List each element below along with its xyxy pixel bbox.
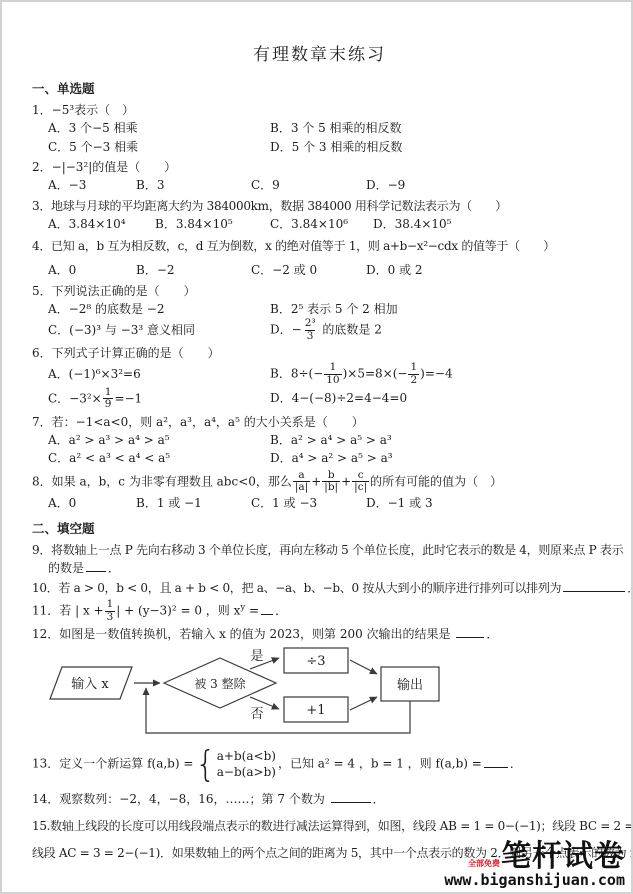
piecewise-function: {a+b(a<b)a−b(a>b) — [195, 748, 276, 780]
options-row: C．a² < a³ < a⁴ < a⁵ D．a⁴ > a² > a⁵ > a³ — [32, 449, 607, 468]
option-b: B．8÷(−110)×5=8×(−12)=−4 — [270, 362, 453, 386]
question-stem: 7．若：−1<a<0，则 a²，a³，a⁴，a⁵ 的大小关系是（ ） — [32, 413, 607, 431]
option-b-text: B．8÷(− — [270, 367, 323, 381]
option-c: C．3.84×10⁶ — [270, 215, 373, 234]
stem-text: 的所有可能的值为（ ） — [370, 474, 502, 488]
question-3: 3．地球与月球的平均距离大约为 384000km，数据 384000 用科学记数… — [32, 197, 607, 234]
options-row: A．a² > a³ > a⁴ > a⁵ B．a² > a⁴ > a⁵ > a³ — [32, 431, 607, 450]
answer-blank — [331, 791, 371, 803]
question-4: 4．已知 a，b 互为相反数，c，d 互为倒数，x 的绝对值等于 1，则 a+b… — [32, 237, 607, 280]
options-row: A．−3 B．3 C．9 D．−9 — [32, 176, 607, 195]
option-d: D．0 或 2 — [366, 261, 423, 280]
plus-sign: + — [341, 474, 351, 488]
question-10: 10．若 a > 0，b < 0，且 a + b < 0，把 a、−a、b、−b… — [32, 579, 607, 597]
line-text: 的数是 — [48, 561, 84, 575]
section-heading-fill-blank: 二、填空题 — [32, 519, 607, 537]
option-d-text: D．− — [270, 323, 302, 337]
fraction: 2³3 — [303, 318, 318, 342]
case-rows: a+b(a<b)a−b(a>b) — [217, 748, 276, 780]
options-row: A．3.84×10⁴ B．3.84×10⁵ C．3.84×10⁶ D．38.4×… — [32, 215, 607, 234]
line-text: ，已知 a² = 4 ，b = 1 ，则 f(a,b) = — [278, 757, 482, 771]
option-c: C．(−3)³ 与 −3³ 意义相同 — [48, 321, 270, 340]
fraction-denominator: 9 — [103, 398, 114, 411]
options-row: A．3 个−5 相乘 B．3 个 5 相乘的相反数 — [32, 119, 607, 138]
question-line: 10．若 a > 0，b < 0，且 a + b < 0，把 a、−a、b、−b… — [32, 579, 607, 597]
answer-blank — [456, 626, 484, 638]
question-stem: 1．−5³表示（ ） — [32, 101, 607, 119]
fraction: a|a| — [293, 470, 310, 494]
option-d: D．−1 或 3 — [366, 494, 433, 513]
option-c: C．5 个−3 相乘 — [48, 138, 270, 157]
output-label: 输出 — [397, 677, 423, 693]
options-row: A．(−1)⁶×3²=6 B．8÷(−110)×5=8×(−12)=−4 — [32, 362, 607, 386]
option-a: A．3 个−5 相乘 — [48, 119, 270, 138]
option-c: C．9 — [251, 176, 366, 195]
fraction: 13 — [105, 599, 116, 623]
question-line: 9．将数轴上一点 P 先向右移动 3 个单位长度，再向左移动 5 个单位长度，此… — [32, 541, 607, 559]
question-5: 5．下列说法正确的是（ ） A．−2⁸ 的底数是 −2 B．2⁵ 表示 5 个 … — [32, 282, 607, 343]
line-text: ． — [510, 757, 522, 771]
answer-blank — [261, 603, 273, 615]
fraction-denominator: 3 — [105, 611, 116, 624]
option-a: A．−3 — [48, 176, 136, 195]
fraction-denominator: 3 — [305, 330, 316, 343]
option-c-text: =−1 — [114, 391, 142, 405]
line-text: 14．观察数列：−2，4，−8，16，……；第 7 个数为 — [32, 792, 325, 806]
option-a: A．−2⁸ 的底数是 −2 — [48, 300, 270, 319]
option-b-text: )×5=8×(− — [343, 367, 408, 381]
question-stem: 4．已知 a，b 互为相反数，c，d 互为倒数，x 的绝对值等于 1，则 a+b… — [32, 237, 607, 255]
option-a: A．3.84×10⁴ — [48, 215, 155, 234]
input-label: 输入 x — [71, 676, 109, 692]
fraction: 110 — [324, 362, 341, 386]
answer-blank — [484, 756, 508, 768]
question-line: 12．如图是一数值转换机，若输入 x 的值为 2023，则第 200 次输出的结… — [32, 625, 607, 643]
footer-logo: 全部免费 笔杆试卷 www.biganshijuan.com — [444, 842, 625, 888]
fraction-denominator: 2 — [408, 374, 419, 387]
question-stem: 2．−|−3²|的值是（ ） — [32, 158, 607, 176]
question-7: 7．若：−1<a<0，则 a²，a³，a⁴，a⁵ 的大小关系是（ ） A．a² … — [32, 413, 607, 468]
fraction-numerator: c — [356, 470, 366, 482]
fraction-numerator: 1 — [328, 362, 339, 374]
question-9: 9．将数轴上一点 P 先向右移动 3 个单位长度，再向左移动 5 个单位长度，此… — [32, 541, 607, 577]
arrow-plus-to-output — [350, 697, 377, 710]
option-a: A．0 — [48, 494, 136, 513]
option-c: C．1 或 −3 — [251, 494, 366, 513]
line-text: 11．若 | x + — [32, 604, 104, 618]
case-2: a−b(a>b) — [217, 764, 276, 780]
question-stem: 5．下列说法正确的是（ ） — [32, 282, 607, 300]
question-stem: 6．下列式子计算正确的是（ ） — [32, 344, 607, 362]
question-stem: 3．地球与月球的平均距离大约为 384000km，数据 384000 用科学记数… — [32, 197, 607, 215]
worksheet-content: 有理数章末练习 一、单选题 1．−5³表示（ ） A．3 个−5 相乘 B．3 … — [2, 2, 631, 862]
stem-text: 8．如果 a，b，c 为非零有理数且 abc<0，那么 — [32, 474, 292, 488]
fraction-numerator: 1 — [408, 362, 419, 374]
option-d: D．−2³3 的底数是 2 — [270, 318, 382, 342]
question-stem: 8．如果 a，b，c 为非零有理数且 abc<0，那么a|a|+b|b|+c|c… — [32, 470, 607, 494]
line-text: 12．如图是一数值转换机，若输入 x 的值为 2023，则第 200 次输出的结… — [32, 627, 451, 641]
option-b-text: )=−4 — [420, 367, 452, 381]
question-line: 11．若 | x +13| + (y−3)² = 0 ，则 xy =． — [32, 599, 607, 623]
number-converter-flowchart: 输入 x 被 3 整除 是 ÷3 否 +1 输出 — [44, 647, 607, 746]
option-d: D．4−(−8)÷2=4−4=0 — [270, 389, 407, 408]
options-row: C．−3²×19=−1 D．4−(−8)÷2=4−4=0 — [32, 387, 607, 411]
option-b: B．3 个 5 相乘的相反数 — [270, 119, 402, 138]
free-badge: 全部免费 — [468, 860, 500, 868]
plus-sign: + — [311, 474, 321, 488]
question-11: 11．若 | x +13| + (y−3)² = 0 ，则 xy =． — [32, 599, 607, 623]
site-url: www.biganshijuan.com — [444, 873, 625, 888]
brand-text: 笔杆试卷 — [501, 842, 625, 872]
line-text: | + (y−3)² = 0 ，则 x — [116, 604, 240, 618]
case-brace: { — [195, 749, 215, 781]
question-line: 15.数轴上线段的长度可以用线段端点表示的数进行减法运算得到，如图，线段 AB … — [32, 817, 607, 835]
fraction-denominator: |c| — [352, 481, 369, 494]
plus-1-label: +1 — [306, 703, 325, 718]
answer-blank — [86, 560, 106, 572]
arrow-divide-to-output — [350, 660, 377, 674]
worksheet-page: 有理数章末练习 一、单选题 1．−5³表示（ ） A．3 个−5 相乘 B．3 … — [0, 0, 633, 894]
option-b: B．2⁵ 表示 5 个 2 相加 — [270, 300, 398, 319]
line-text: ． — [275, 604, 287, 618]
fraction-numerator: b — [326, 470, 337, 482]
question-12: 12．如图是一数值转换机，若输入 x 的值为 2023，则第 200 次输出的结… — [32, 625, 607, 643]
fraction-denominator: 10 — [324, 374, 341, 387]
option-a: A．a² > a³ > a⁴ > a⁵ — [48, 431, 270, 450]
question-1: 1．−5³表示（ ） A．3 个−5 相乘 B．3 个 5 相乘的相反数 C．5… — [32, 101, 607, 156]
fraction: c|c| — [352, 470, 369, 494]
section-heading-single-choice: 一、单选题 — [32, 79, 607, 97]
question-14: 14．观察数列：−2，4，−8，16，……；第 7 个数为 ． — [32, 790, 607, 808]
option-d: D．5 个 3 相乘的相反数 — [270, 138, 402, 157]
fraction-numerator: a — [296, 470, 306, 482]
divide-by-3-label: ÷3 — [306, 654, 325, 669]
option-b: B．a² > a⁴ > a⁵ > a³ — [270, 431, 392, 450]
option-a: A．(−1)⁶×3²=6 — [48, 365, 270, 384]
option-c: C．−2 或 0 — [251, 261, 366, 280]
line-text: ． — [373, 792, 385, 806]
fraction: b|b| — [322, 470, 340, 494]
line-text: = — [245, 604, 259, 618]
options-row: A．0 B．1 或 −1 C．1 或 −3 D．−1 或 3 — [32, 494, 607, 513]
question-line: 14．观察数列：−2，4，−8，16，……；第 7 个数为 ． — [32, 790, 607, 808]
line-text: ． — [108, 561, 120, 575]
flowchart-svg: 输入 x 被 3 整除 是 ÷3 否 +1 输出 — [44, 647, 446, 743]
question-6: 6．下列式子计算正确的是（ ） A．(−1)⁶×3²=6 B．8÷(−110)×… — [32, 344, 607, 410]
option-c-text: C．−3²× — [48, 391, 102, 405]
fraction-numerator: 1 — [103, 387, 114, 399]
option-b: B．3.84×10⁵ — [155, 215, 270, 234]
fraction: 19 — [103, 387, 114, 411]
brand-row: 全部免费 笔杆试卷 — [468, 842, 625, 872]
question-line: 13．定义一个新运算 f(a,b) ={a+b(a<b)a−b(a>b)，已知 … — [32, 748, 607, 780]
option-a: A．0 — [48, 261, 136, 280]
line-text: ． — [486, 627, 498, 641]
fraction-numerator: 1 — [105, 599, 116, 611]
option-d: D．38.4×10⁵ — [373, 215, 451, 234]
question-13: 13．定义一个新运算 f(a,b) ={a+b(a<b)a−b(a>b)，已知 … — [32, 748, 607, 780]
option-b: B．1 或 −1 — [136, 494, 251, 513]
fraction-numerator: 2³ — [303, 318, 318, 330]
question-2: 2．−|−3²|的值是（ ） A．−3 B．3 C．9 D．−9 — [32, 158, 607, 195]
option-d: D．a⁴ > a² > a⁵ > a³ — [270, 449, 393, 468]
fraction-denominator: |a| — [293, 481, 310, 494]
options-row: A．−2⁸ 的底数是 −2 B．2⁵ 表示 5 个 2 相加 — [32, 300, 607, 319]
option-d: D．−9 — [366, 176, 405, 195]
fraction: 12 — [408, 362, 419, 386]
option-b: B．3 — [136, 176, 251, 195]
line-text: 13．定义一个新运算 f(a,b) = — [32, 757, 193, 771]
option-c: C．−3²×19=−1 — [48, 387, 270, 411]
no-label: 否 — [250, 707, 263, 722]
condition-label: 被 3 整除 — [194, 676, 246, 691]
option-d-text: 的底数是 2 — [322, 323, 381, 337]
option-b: B．−2 — [136, 261, 251, 280]
case-1: a+b(a<b) — [217, 748, 276, 764]
line-text: 10．若 a > 0，b < 0，且 a + b < 0，把 a、−a、b、−b… — [32, 581, 561, 595]
feedback-loop-line — [146, 688, 410, 733]
yes-label: 是 — [250, 649, 263, 664]
question-8: 8．如果 a，b，c 为非零有理数且 abc<0，那么a|a|+b|b|+c|c… — [32, 470, 607, 513]
page-title: 有理数章末练习 — [32, 40, 607, 65]
options-row: C．5 个−3 相乘 D．5 个 3 相乘的相反数 — [32, 138, 607, 157]
line-text: ． — [627, 581, 633, 595]
fraction-denominator: |b| — [322, 481, 340, 494]
options-row: A．0 B．−2 C．−2 或 0 D．0 或 2 — [32, 261, 607, 280]
option-c: C．a² < a³ < a⁴ < a⁵ — [48, 449, 270, 468]
answer-blank — [563, 580, 625, 592]
question-line: 的数是． — [32, 559, 607, 577]
options-row: C．(−3)³ 与 −3³ 意义相同 D．−2³3 的底数是 2 — [32, 318, 607, 342]
